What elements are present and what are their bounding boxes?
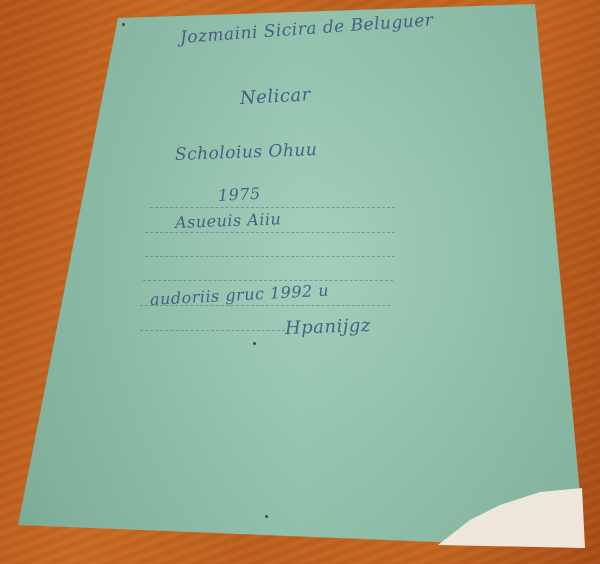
ruled-line [145,232,395,233]
handwritten-signature: Hpanijgz [285,315,372,339]
ink-dot [122,23,125,26]
notebook: Jozmaini Sicira de Beluguer Nelicar Scho… [0,0,600,564]
handwritten-name: Asueuis Aiiu [175,209,282,232]
ink-dot [253,342,256,345]
ruled-line [143,280,393,281]
ruled-line [150,207,395,208]
ruled-line [140,330,285,331]
handwritten-year: 1975 [218,184,262,205]
ink-dot [265,515,268,518]
handwritten-subject: Nelicar [239,84,311,109]
ruled-line [145,256,395,257]
